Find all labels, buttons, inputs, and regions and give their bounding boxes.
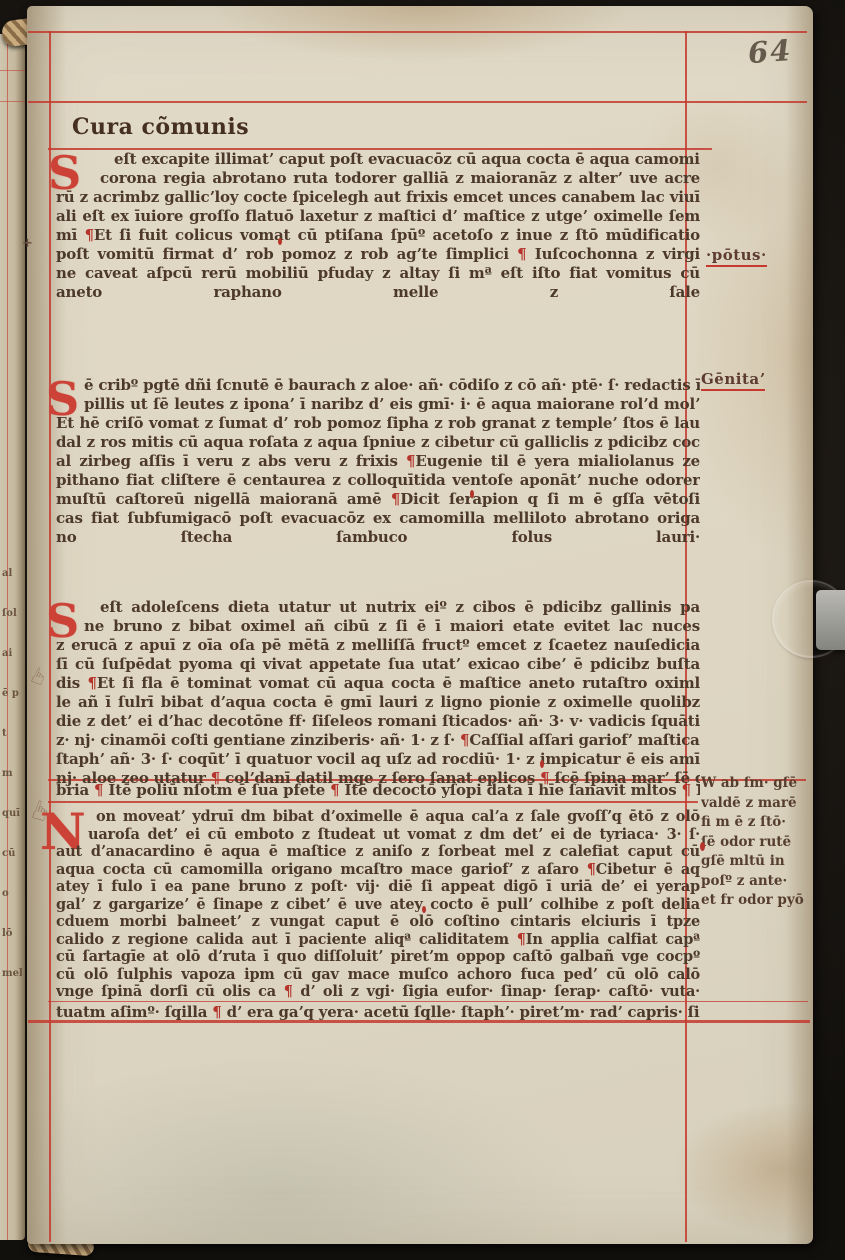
margin-cross-mark: + bbox=[22, 236, 33, 251]
margin-gloss-line: fi m ē z ſtō· bbox=[701, 813, 843, 833]
rubric-speck bbox=[470, 490, 474, 498]
manuscript-photo: alſolaiē ptmquīcūolōmel 64 Cura cõmunis … bbox=[0, 0, 845, 1260]
margin-gloss-line: valdē z marē bbox=[701, 794, 843, 814]
manuscript-text-line: al zirbeg aſſis ī veru z abs veru z frix… bbox=[56, 452, 700, 471]
manuscript-text-line: cduem morbi balneetʼ z vungat caput ē ol… bbox=[56, 913, 700, 931]
facing-page-edge: alſolaiē ptmquīcūolōmel bbox=[0, 34, 25, 1240]
manuscript-text-line: aut dʼanacardino ē aqua ē maſtice z aniſ… bbox=[56, 843, 700, 861]
manuscript-text-line: rū z acrimbz gallicʼloy cocte ſpicelegh … bbox=[56, 188, 700, 207]
paragraph-3: eſt adoleſcens dieta utatur ut nutrix ei… bbox=[56, 598, 700, 788]
paragraph-1: eſt excapite illimatʼ caput poſt evacuac… bbox=[56, 150, 700, 302]
manuscript-text-line: dal z ros mitis cū aqua roſata z aqua ſp… bbox=[56, 433, 700, 452]
text-fragment: o bbox=[2, 874, 22, 914]
manuscript-text-line: mī ¶Et ſi fuit colicus vomat cū ptiſana … bbox=[56, 226, 700, 245]
manuscript-text-line: atey ī fulo ī ea pane bruno z poſt· vij·… bbox=[56, 878, 700, 896]
manuscript-text-line: corona regia abrotano ruta todorer galli… bbox=[56, 169, 700, 188]
text-fragment: al bbox=[2, 554, 22, 594]
facing-page-ruling-horizontal bbox=[0, 101, 25, 102]
manuscript-text-line: pillis ut ſē leutes z iponaʼ ī naribz dʼ… bbox=[56, 395, 700, 414]
framed-recipe-line: bria ¶ Itē poliū nſotm ē ſua pfete ¶ Itē… bbox=[56, 781, 700, 800]
manuscript-text-line: aneto raphano melle z ſale bbox=[56, 283, 700, 302]
manuscript-text-line: ne bruno z bibat oximel añ cibū z ſi ē ī… bbox=[56, 617, 700, 636]
folio-number: 64 bbox=[747, 32, 809, 70]
text-fragment: ai bbox=[2, 634, 22, 674]
chapter-heading: Cura cõmunis bbox=[72, 114, 249, 140]
manuscript-text-line: z· nj· cinamōi coſti gentiane zinziberis… bbox=[56, 731, 700, 750]
book-cradle-clip bbox=[816, 590, 845, 650]
manuscript-text-line: muſtū caſtoreū nigellā maioranā amē ¶Dic… bbox=[56, 490, 700, 509]
facing-page-ruling-horizontal bbox=[0, 70, 25, 71]
manuscript-text-line: ē cribº pgtē dñi ſcnutē ē baurach z aloe… bbox=[56, 376, 700, 395]
manuscript-text-line: cas fiat ſubfumigacō poſt evacuacōz ex c… bbox=[56, 509, 700, 528]
rubric-speck bbox=[422, 906, 426, 913]
margin-gloss-line: poſº z ante· bbox=[701, 872, 843, 892]
manuscript-text-line: aqua cocta cū camomilla origano mcaſtro … bbox=[56, 861, 700, 879]
manuscript-text-line: eſt adoleſcens dieta utatur ut nutrix ei… bbox=[56, 598, 700, 617]
rubric-speck bbox=[700, 842, 705, 851]
rubric-speck bbox=[540, 760, 544, 768]
margin-note-potus: ·pōtus· bbox=[706, 246, 767, 267]
manuscript-text-line: z erucā z apuī z oīa oſa pē mētā z melli… bbox=[56, 636, 700, 655]
margin-note-genita: Gēnitaʼ bbox=[701, 370, 765, 391]
text-fragment: cū bbox=[2, 834, 22, 874]
manuscript-text-line: le añ ī ſulrī bibat dʼaqua cocta ē gmī l… bbox=[56, 693, 700, 712]
manuscript-text-line: ſtaphʼ añ· 3· ſ· coqūtʼ ī quatuor vocil … bbox=[56, 750, 700, 769]
manuscript-text-line: dis ¶Et ſi fla ē tominat vomat cū aqua c… bbox=[56, 674, 700, 693]
manuscript-text-line: ſī cū ſuſpēdat pyoma qi vivat appetate ſ… bbox=[56, 655, 700, 674]
manuscript-text-line: pithano fiat cliſtere ē centaurea z coll… bbox=[56, 471, 700, 490]
margin-gloss-line: W ab ſm· gſē bbox=[701, 774, 843, 794]
manuscript-text-line: calido z regione calida aut ī paciente a… bbox=[56, 931, 700, 949]
ruling-line-frame-lower bbox=[48, 801, 698, 803]
manuscript-text-line: ali eſt ex īuiore groſſo flatuō laxetur … bbox=[56, 207, 700, 226]
manuscript-text-line: on moveatʼ ydruī dm bibat dʼoximelle ē a… bbox=[56, 808, 700, 826]
manuscript-text-line: eſt excapite illimatʼ caput poſt evacuac… bbox=[56, 150, 700, 169]
margin-gloss-line: ſē odor rutē bbox=[701, 833, 843, 853]
manuscript-text-line: Et hē criſō vomat z ſumat dʼ rob pomoz ſ… bbox=[56, 414, 700, 433]
text-fragment: ſol bbox=[2, 594, 22, 634]
text-fragment: lō bbox=[2, 914, 22, 954]
rubric-speck bbox=[278, 238, 282, 245]
manuscript-text-line: galʼ z gargarizeʼ ē ſinape z cibetʼ ē uv… bbox=[56, 896, 700, 914]
text-fragment bbox=[2, 994, 22, 1034]
text-fragment: quī bbox=[2, 794, 22, 834]
ruling-line-header bbox=[28, 101, 807, 103]
manuscript-text-line: poſt vomitū firmat dʼ rob pomoz z rob ag… bbox=[56, 245, 700, 264]
manuscript-text-line: cū ſartagīe at olō dʼruta ī quo diſſolui… bbox=[56, 948, 700, 966]
manuscript-text-line: die z detʼ ei dʼhac decotōne ff· ſiſeleo… bbox=[56, 712, 700, 731]
manuscript-text-line: uaroſa detʼ ei cū emboto z ſtudeat ut vo… bbox=[56, 826, 700, 844]
text-fragment: mel bbox=[2, 954, 22, 994]
margin-gloss-line: et fr odor pyō bbox=[701, 891, 843, 911]
text-fragment: t bbox=[2, 714, 22, 754]
manuscript-text-line: no ſtecha ſambuco folus lauri· bbox=[56, 528, 700, 547]
manuscript-text-line: ne caveat aſpcū rerū mobiliū pfuday z al… bbox=[56, 264, 700, 283]
text-fragment: m bbox=[2, 754, 22, 794]
facing-page-text-fragments: alſolaiē ptmquīcūolōmel bbox=[2, 554, 22, 1034]
text-fragment: ē p bbox=[2, 674, 22, 714]
paragraph-4: on moveatʼ ydruī dm bibat dʼoximelle ē a… bbox=[56, 808, 700, 1001]
margin-gloss-line: gſē mltū in bbox=[701, 852, 843, 872]
manuscript-text-line: cū olō ſulphis vapoza ipm cū gav mace mu… bbox=[56, 966, 700, 984]
final-recipe-line: tuatm aſimº· ſqilla ¶ dʼ era gaʼq yera· … bbox=[56, 1003, 700, 1022]
manuscript-text-line: vnge ſpinā dorſi cū olis ca ¶ dʼ oli z v… bbox=[56, 983, 700, 1001]
margin-gloss-block: W ab ſm· gſēvaldē z marēfi m ē z ſtō·ſē … bbox=[701, 774, 843, 911]
ruling-line-top bbox=[28, 31, 807, 33]
paragraph-2: ē cribº pgtē dñi ſcnutē ē baurach z aloe… bbox=[56, 376, 700, 547]
